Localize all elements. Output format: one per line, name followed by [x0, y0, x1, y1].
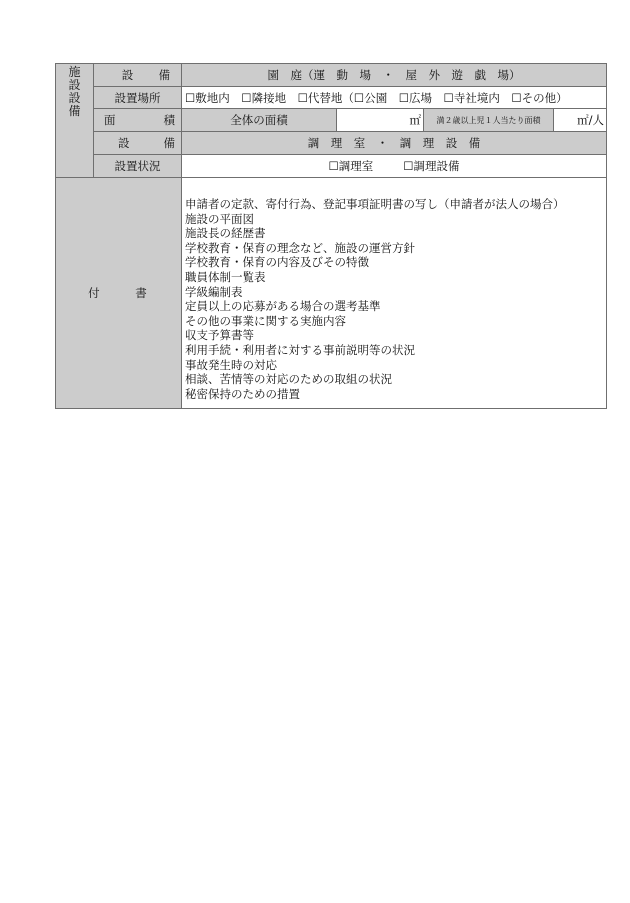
yard-value-text: 園 庭（運 動 場 ・ 屋 外 遊 戯 場）: [268, 67, 521, 83]
attachments-list: 申請者の定款、寄付行為、登記事項証明書の写し（申請者が法人の場合） 施設の平面図…: [181, 177, 607, 409]
facility-group-label: 施 設 設 備: [55, 63, 94, 178]
installation-label-text: 設置状況: [115, 158, 161, 174]
area-label-left: 面: [104, 112, 116, 128]
attachment-item: 学校教育・保育の内容及びその特徴: [185, 255, 369, 270]
attachment-item: 事故発生時の対応: [185, 358, 277, 373]
total-area-unit: ㎡: [410, 112, 422, 128]
location-label: 設置場所: [93, 86, 182, 109]
attachment-item: 秘密保持のための措置: [185, 387, 300, 402]
attachment-item: 学校教育・保育の理念など、施設の運営方針: [185, 241, 415, 256]
location-checkboxes[interactable]: ☐敷地内 ☐隣接地 ☐代替地（☐公園 ☐広場 ☐寺社境内 ☐その他）: [181, 86, 607, 109]
attachment-item: 学級編制表: [185, 285, 243, 300]
kitchen-label-left: 設: [118, 135, 130, 151]
attachments-label: 添 付 書 類: [55, 177, 182, 409]
document-page: 施 設 設 備 設 備 園 庭（運 動 場 ・ 屋 外 遊 戯 場） 設置場所 …: [0, 0, 630, 903]
attachment-item: その他の事業に関する実施内容: [185, 314, 346, 329]
kitchen-label-right: 備: [164, 135, 176, 151]
installation-label: 設置状況: [93, 154, 182, 178]
per-child-area-label: 満２歳以上児１人当たり面積: [423, 108, 554, 132]
area-label-right: 積: [164, 112, 176, 128]
per-child-area-field[interactable]: ㎡/人: [553, 108, 607, 132]
location-label-text: 設置場所: [115, 90, 161, 106]
attachments-label-text: 添 付 書 類: [55, 285, 182, 301]
installation-options: ☐調理室 ☐調理設備: [181, 154, 607, 178]
total-area-label-text: 全体の面積: [230, 112, 288, 128]
yard-value: 園 庭（運 動 場 ・ 屋 外 遊 戯 場）: [181, 63, 607, 87]
yard-label-text: 設 備: [122, 67, 177, 83]
per-child-area-label-text: 満２歳以上児１人当たり面積: [437, 115, 541, 126]
attachment-item: 申請者の定款、寄付行為、登記事項証明書の写し（申請者が法人の場合）: [185, 197, 565, 212]
kitchen-room-checkbox[interactable]: ☐調理室: [328, 158, 373, 174]
yard-label: 設 備: [93, 63, 182, 87]
kitchen-equipment-checkbox[interactable]: ☐調理設備: [403, 158, 459, 174]
per-child-area-unit: ㎡/人: [577, 112, 604, 128]
facility-group-char: 備: [68, 105, 80, 118]
attachment-item: 定員以上の応募がある場合の選考基準: [185, 299, 381, 314]
attachment-item: 職員体制一覧表: [185, 270, 266, 285]
kitchen-value-text: 調 理 室 ・ 調 理 設 備: [308, 135, 481, 151]
attachment-item: 収支予算書等: [185, 328, 254, 343]
total-area-label: 全体の面積: [181, 108, 337, 132]
attachment-item: 利用手続・利用者に対する事前説明等の状況: [185, 343, 415, 358]
total-area-field[interactable]: ㎡: [336, 108, 424, 132]
attachment-item: 相談、苦情等の対応のための取組の状況: [185, 372, 392, 387]
area-label: 面 積: [93, 108, 182, 132]
attachment-item: 施設長の経歴書: [185, 226, 266, 241]
kitchen-value: 調 理 室 ・ 調 理 設 備: [181, 131, 607, 155]
location-options-text[interactable]: ☐敷地内 ☐隣接地 ☐代替地（☐公園 ☐広場 ☐寺社境内 ☐その他）: [185, 90, 568, 106]
attachment-item: 施設の平面図: [185, 212, 254, 227]
kitchen-label: 設 備: [93, 131, 182, 155]
